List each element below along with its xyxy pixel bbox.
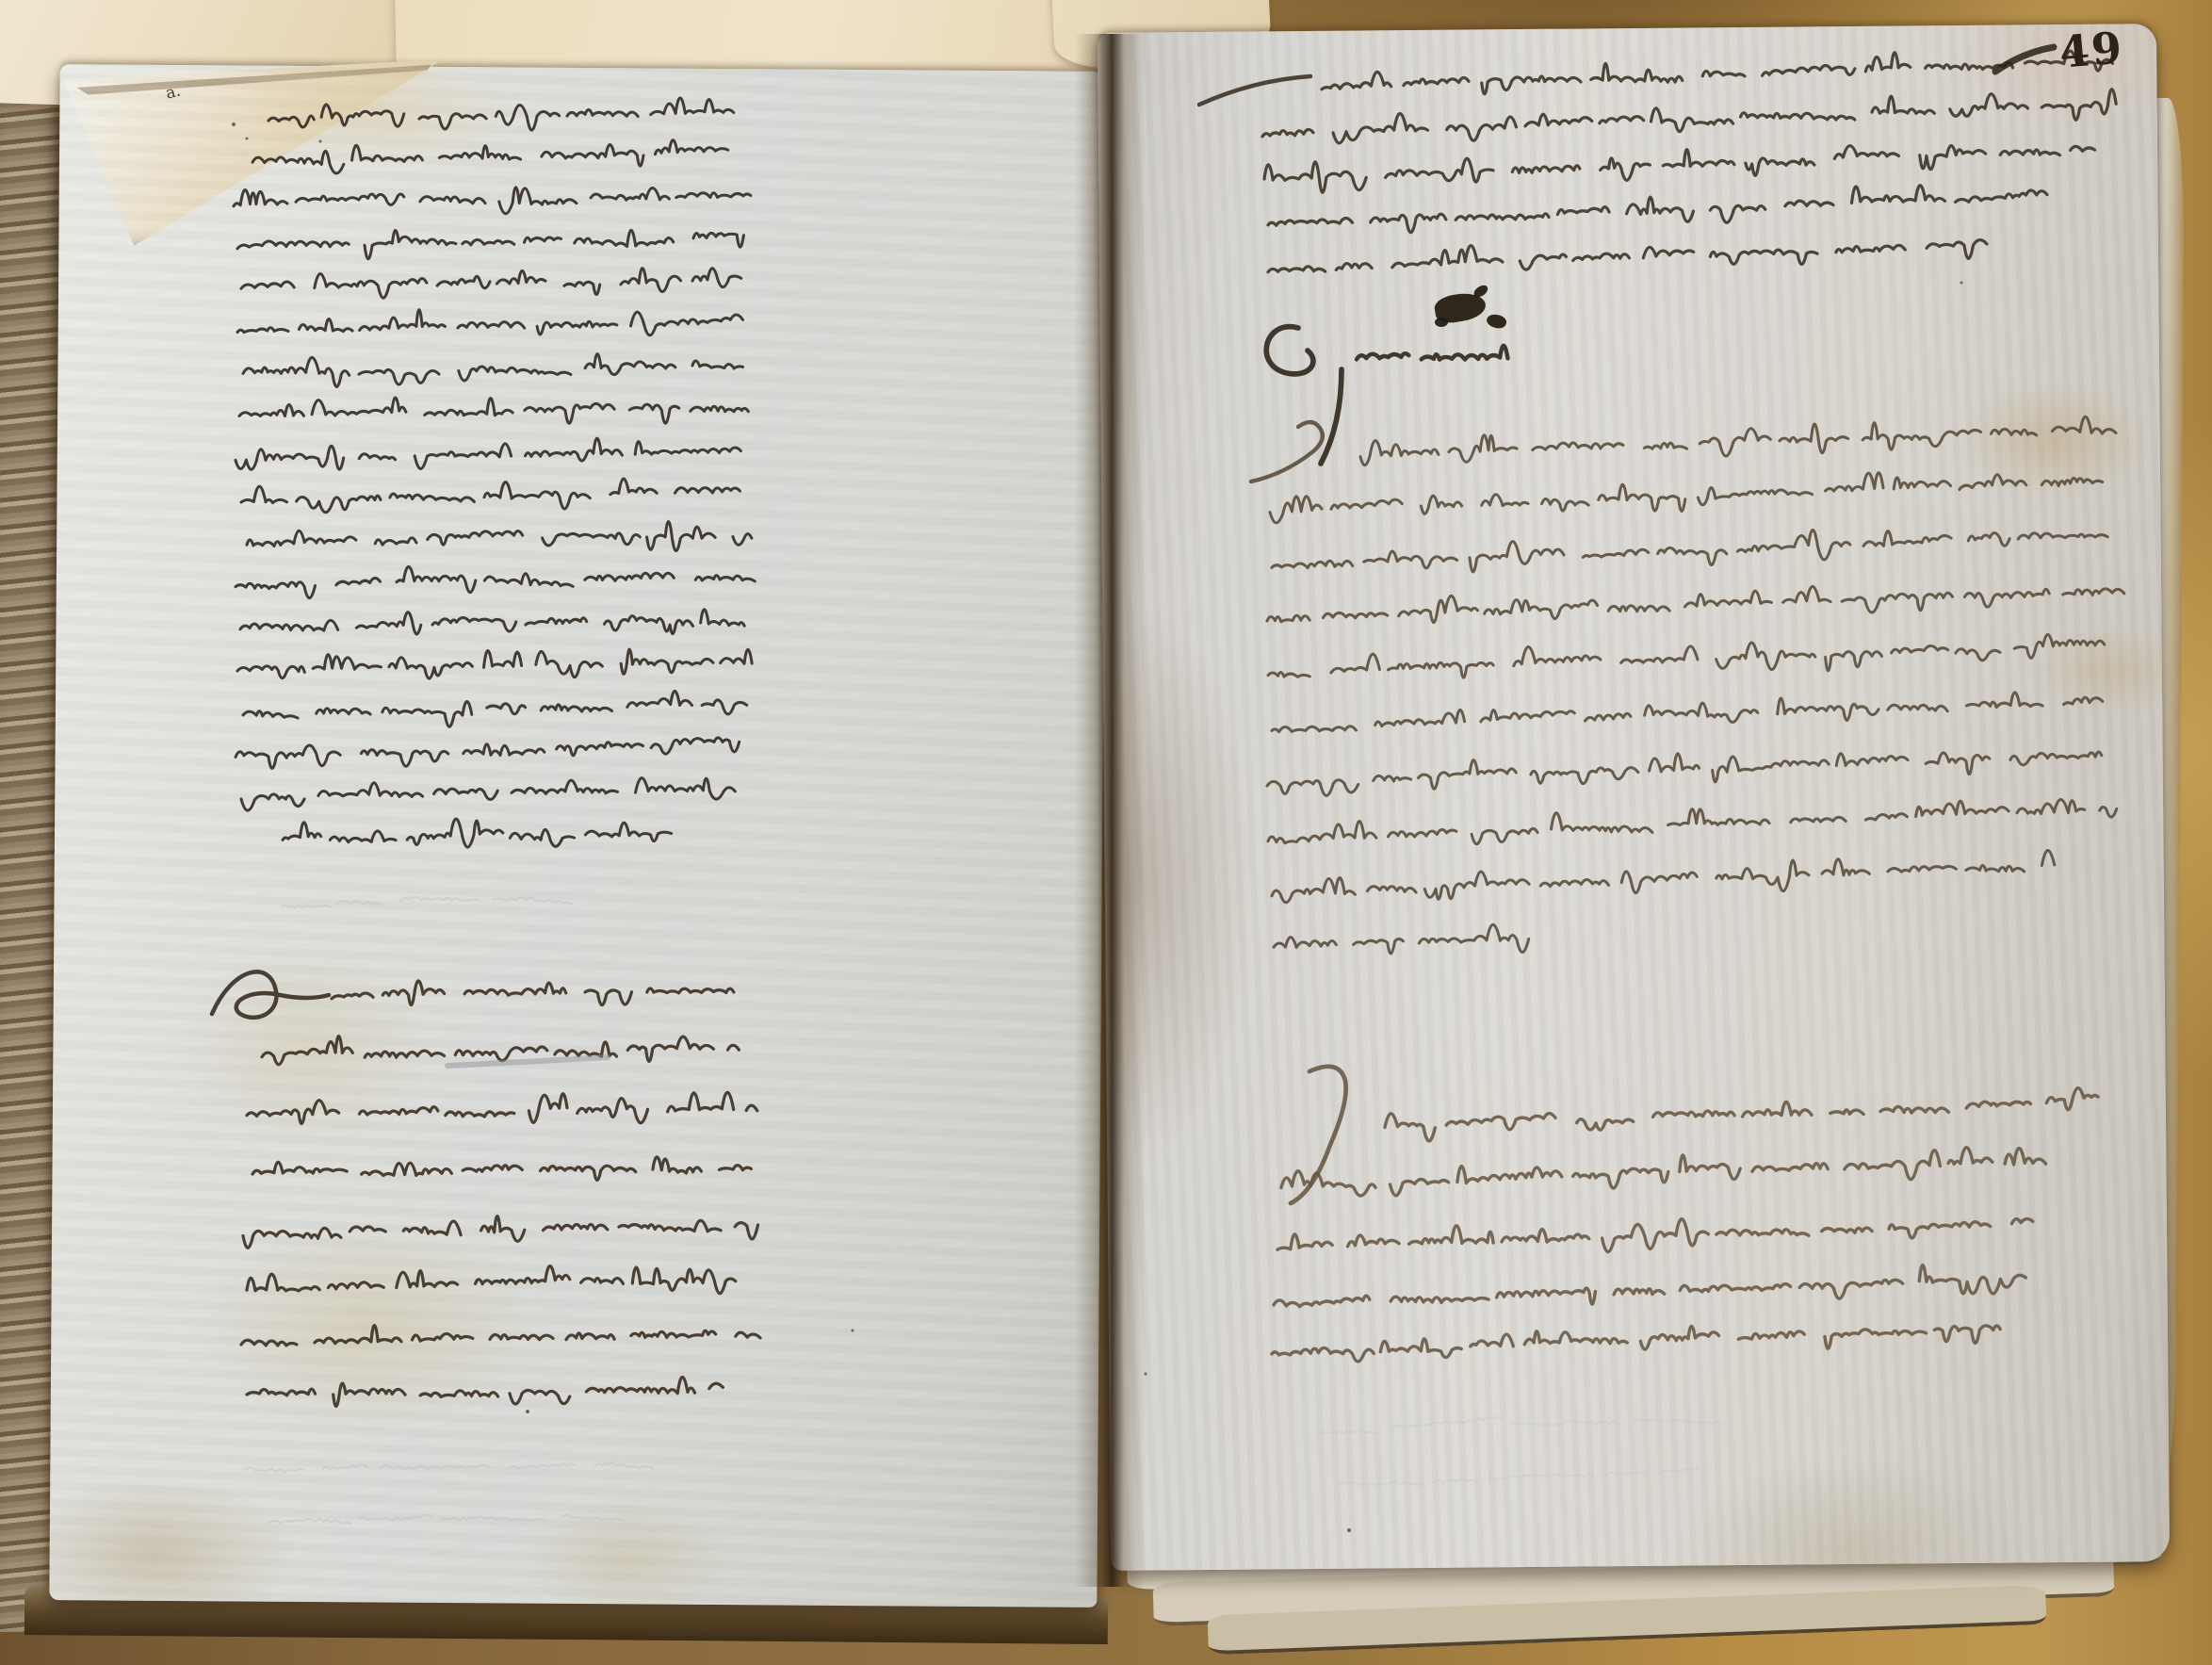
folio-number: 49 [2057, 22, 2125, 78]
right-page-stains [1098, 24, 2170, 1571]
right-page [1098, 24, 2170, 1571]
ink-blot-splash [1435, 318, 1448, 327]
left-page [49, 64, 1107, 1608]
manuscript-photo: 49 a. [0, 0, 2212, 1665]
left-page-stains [49, 64, 1107, 1608]
